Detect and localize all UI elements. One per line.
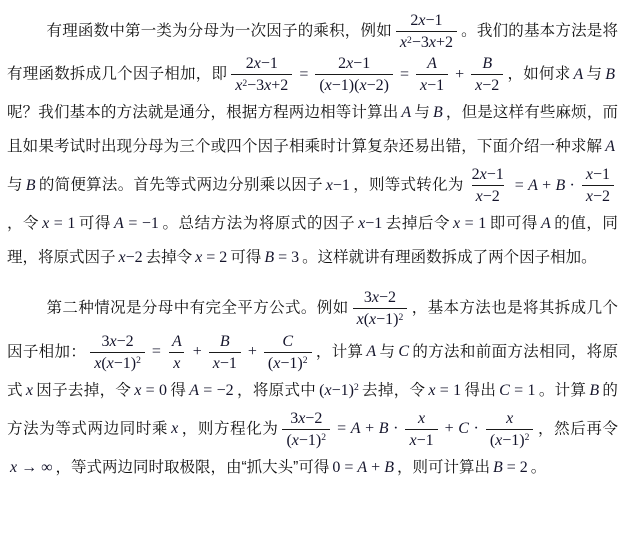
math-variable: x [213, 355, 220, 372]
math-operator: + [193, 343, 202, 360]
fraction-denominator: x2−3x+2 [396, 31, 457, 53]
math-variable: C [398, 343, 409, 360]
math-variable: x [372, 289, 379, 306]
math-variable: x [409, 432, 416, 449]
math-operator: −2 [482, 77, 499, 94]
math-variable: A [573, 66, 583, 83]
text-run: 与 [414, 104, 430, 121]
math-run: B [433, 104, 443, 121]
math-variable: B [379, 420, 389, 437]
fraction-numerator: 3x−2 [286, 408, 326, 429]
math-variable: B [384, 459, 394, 476]
math-run: A [541, 215, 551, 232]
fraction-denominator: x−1 [405, 429, 437, 451]
math-run: B [589, 382, 599, 399]
fraction: C(x−1)2 [264, 331, 312, 374]
math-variable: x [325, 77, 332, 94]
text-run: 。 [531, 459, 547, 476]
math-superscript: 2 [407, 35, 412, 46]
math-operator: = [337, 420, 351, 437]
fraction-numerator: x−1 [582, 164, 614, 185]
math-operator: −1 [261, 55, 278, 72]
text-run: ，则可计算出 [397, 459, 490, 476]
math-variable: x [359, 77, 366, 94]
math-run: + [193, 343, 202, 360]
math-run: + [455, 66, 464, 83]
math-variable: A [401, 104, 411, 121]
text-run: 与 [586, 66, 602, 83]
math-operator: −2 [483, 188, 500, 205]
math-run: A [366, 343, 376, 360]
math-variable: x [429, 34, 436, 51]
math-superscript: 2 [354, 382, 359, 393]
math-operator: = 1 [49, 215, 75, 232]
math-operator: −1 [220, 355, 237, 372]
math-operator: −1 [487, 166, 504, 183]
math-run: C = 1 [499, 382, 535, 399]
math-operator: −2 [379, 289, 396, 306]
math-operator: → ∞ [17, 459, 52, 476]
math-superscript: 2 [399, 312, 404, 323]
math-variable: x [326, 177, 333, 194]
text-run: 因子去掉，令 [36, 382, 131, 399]
fraction-numerator: 2x−1 [334, 53, 374, 74]
paragraph-2: 第二种情况是分母中有完全平方公式。例如3x−2x(x−1)2，基本方法也是将其拆… [7, 287, 618, 484]
fraction-denominator: (x−1)2 [264, 352, 312, 374]
fraction: x(x−1)2 [486, 408, 534, 451]
math-operator: −1) [299, 432, 321, 449]
math-run: A [573, 66, 583, 83]
fraction-denominator: x−2 [471, 74, 503, 96]
fraction-denominator: x(x−1)2 [90, 352, 145, 374]
fraction: 2x−1x−2 [468, 164, 508, 207]
math-operator: = 0 [141, 382, 167, 399]
math-variable: x [324, 382, 331, 399]
fraction: 2x−1x2−3x+2 [396, 10, 457, 53]
text-run: 。计算 [539, 382, 587, 399]
math-variable: x [109, 333, 116, 350]
fraction: 3x−2(x−1)2 [282, 408, 330, 451]
fraction-numerator: 3x−2 [360, 287, 400, 308]
fraction-denominator: (x−1)2 [282, 429, 330, 451]
math-operator: · [389, 420, 399, 437]
math-run: x = 2 [195, 249, 227, 266]
math-variable: B [220, 333, 230, 350]
math-operator: −1) [376, 311, 398, 328]
math-operator: = 1 [510, 382, 536, 399]
math-run: + C · [445, 420, 479, 437]
math-operator: = 2 [202, 249, 227, 266]
text-run: 呢？我们基本的方法就是通分，根据方程两边相等计算出 [7, 104, 398, 121]
math-run: x−1 [326, 177, 350, 194]
math-run: x = 0 [134, 382, 167, 399]
math-variable: x [254, 55, 261, 72]
math-variable: x [400, 34, 407, 51]
math-run: x [26, 382, 33, 399]
math-variable: B [589, 382, 599, 399]
math-variable: B [482, 55, 492, 72]
math-operator: −1) [280, 355, 302, 372]
fraction-denominator: x2−3x+2 [231, 74, 292, 96]
math-operator: = −1 [124, 215, 159, 232]
math-run: x [171, 420, 178, 437]
fraction-denominator: x−2 [582, 185, 614, 207]
math-operator: −2 [117, 333, 134, 350]
math-variable: x [292, 432, 299, 449]
text-run: 去掉后令 [385, 215, 450, 232]
fraction: Ax−1 [416, 53, 448, 96]
math-variable: C [499, 382, 510, 399]
math-run: = [152, 343, 161, 360]
fraction-numerator: A [168, 331, 186, 352]
math-variable: A [541, 215, 551, 232]
fraction-denominator: x−1 [209, 352, 241, 374]
text-run: ，然后再令 [537, 420, 618, 437]
fraction-denominator: x(x−1)2 [353, 308, 408, 330]
math-superscript: 2 [321, 432, 326, 443]
math-operator: = [152, 343, 161, 360]
fraction-denominator: x−2 [472, 185, 504, 207]
math-run: = A + B · [337, 420, 398, 437]
math-variable: A [172, 333, 182, 350]
math-variable: B [26, 177, 36, 194]
math-run: = [299, 66, 308, 83]
math-variable: A [605, 138, 615, 155]
fraction: xx−1 [405, 408, 437, 451]
fraction-denominator: x−1 [416, 74, 448, 96]
fraction-numerator: 3x−2 [97, 331, 137, 352]
math-operator: = 3 [274, 249, 299, 266]
math-variable: x [506, 410, 513, 427]
math-variable: B [264, 249, 274, 266]
text-run: 即可得 [489, 215, 538, 232]
math-operator: + [445, 420, 459, 437]
math-operator: + [367, 459, 384, 476]
math-operator: + [538, 177, 556, 194]
math-operator: = [400, 66, 409, 83]
text-run: 与 [379, 343, 395, 360]
fraction-denominator: (x−1)2 [486, 429, 534, 451]
math-operator: −1) [114, 355, 136, 372]
text-run: 的简便算法。首先等式两边分别乘以因子 [39, 177, 323, 194]
math-operator: = [299, 66, 308, 83]
fraction-numerator: 2x−1 [242, 53, 282, 74]
math-operator: + [248, 343, 257, 360]
math-operator: −1 [333, 177, 350, 194]
math-run: x−1 [358, 215, 382, 232]
math-run: = A + B · [515, 177, 575, 194]
text-run: ，计算 [316, 343, 364, 360]
math-run: x−2 [119, 249, 143, 266]
math-operator: −1 [427, 77, 444, 94]
math-operator: −1 [417, 432, 434, 449]
math-variable: C [458, 420, 469, 437]
text-run: 可得 [78, 215, 111, 232]
math-variable: x [420, 77, 427, 94]
math-run: x = 1 [42, 215, 75, 232]
text-run: ，令 [7, 215, 39, 232]
fraction: 3x−2x(x−1)2 [90, 331, 145, 374]
fraction-numerator: 2x−1 [468, 164, 508, 185]
math-operator: −3 [412, 34, 429, 51]
text-run: ，等式两边同时取极限，由“抓大头”可得 [56, 459, 330, 476]
math-operator: −1 [365, 215, 382, 232]
math-variable: x [173, 355, 180, 372]
math-variable: A [114, 215, 124, 232]
math-operator: + [360, 420, 378, 437]
math-operator: · [565, 177, 575, 194]
fraction-numerator: B [478, 53, 496, 74]
math-operator: 2 [246, 55, 254, 72]
math-run: (x−1)2 [319, 382, 359, 399]
text-run: 。总结方法为将原式的因子 [162, 215, 355, 232]
math-operator: −1 [425, 12, 442, 29]
math-run: = [400, 66, 409, 83]
math-operator: −1) [332, 382, 354, 399]
math-run: B [26, 177, 36, 194]
text-run: 可得 [230, 249, 261, 266]
text-run: ，将原式中 [237, 382, 316, 399]
math-run: B [605, 66, 615, 83]
math-variable: x [171, 420, 178, 437]
math-variable: x [26, 382, 33, 399]
math-operator: −3 [247, 77, 264, 94]
math-operator: −2 [126, 249, 143, 266]
text-run: 去掉令 [146, 249, 193, 266]
math-run: x = 1 [453, 215, 486, 232]
fraction-numerator: B [216, 331, 234, 352]
math-variable: B [493, 459, 503, 476]
math-operator: 0 = [332, 459, 357, 476]
math-operator: = −2 [199, 382, 234, 399]
math-variable: B [605, 66, 615, 83]
math-operator: 2 [472, 166, 480, 183]
document-page: 有理函数中第一类为分母为一次因子的乘积，例如2x−1x2−3x+2。我们的基本方… [0, 0, 626, 545]
math-operator: = 2 [503, 459, 528, 476]
math-variable: x [586, 188, 593, 205]
math-operator: −1) [502, 432, 524, 449]
math-superscript: 2 [242, 78, 247, 89]
math-run: C [398, 343, 409, 360]
text-run: 第二种情况是分母中有完全平方公式。例如 [47, 300, 349, 317]
math-operator: = [515, 177, 528, 194]
math-run: B = 3 [264, 249, 299, 266]
fraction-numerator: x [502, 408, 517, 429]
math-variable: x [586, 166, 593, 183]
math-run: A [401, 104, 411, 121]
math-operator: 3 [290, 410, 298, 427]
math-operator: −2) [367, 77, 389, 94]
math-variable: x [357, 311, 364, 328]
math-operator: 2 [338, 55, 346, 72]
math-run: 0 = A + B [332, 459, 394, 476]
math-variable: x [119, 249, 126, 266]
math-run: x → ∞ [10, 459, 53, 476]
math-operator: −1 [593, 166, 610, 183]
fraction-numerator: 2x−1 [406, 10, 446, 31]
fraction: x−1x−2 [582, 164, 614, 207]
fraction-numerator: C [278, 331, 297, 352]
math-variable: A [189, 382, 199, 399]
math-operator: +2 [436, 34, 453, 51]
text-run: 得 [170, 382, 186, 399]
text-run: ，如何求 [507, 66, 570, 83]
fraction: Ax [168, 331, 186, 374]
math-operator: + [455, 66, 464, 83]
fraction: 2x−1x2−3x+2 [231, 53, 292, 96]
math-run: x = 1 [428, 382, 461, 399]
text-run: 去掉，令 [362, 382, 426, 399]
math-operator: −1 [353, 55, 370, 72]
fraction-denominator: (x−1)(x−2) [315, 74, 393, 96]
paragraph-1: 有理函数中第一类为分母为一次因子的乘积，例如2x−1x2−3x+2。我们的基本方… [7, 10, 618, 275]
text-run: 得出 [464, 382, 496, 399]
math-variable: x [107, 355, 114, 372]
math-run: A [605, 138, 615, 155]
fraction: 2x−1(x−1)(x−2) [315, 53, 393, 96]
text-run: ，则等式转化为 [353, 177, 464, 194]
math-superscript: 2 [303, 355, 308, 366]
math-variable: A [528, 177, 538, 194]
text-run: ，则方程化为 [181, 420, 278, 437]
fraction-numerator: A [423, 53, 441, 74]
text-run: 与 [7, 177, 23, 194]
math-run: + [248, 343, 257, 360]
math-operator: −2 [305, 410, 322, 427]
math-variable: A [357, 459, 367, 476]
text-run: 有理函数中第一类为分母为一次因子的乘积，例如 [47, 23, 392, 40]
math-variable: B [433, 104, 443, 121]
fraction: 3x−2x(x−1)2 [353, 287, 408, 330]
math-variable: x [480, 166, 487, 183]
math-operator: −1)( [332, 77, 360, 94]
math-operator: +2 [271, 77, 288, 94]
math-run: A = −1 [114, 215, 159, 232]
math-variable: A [366, 343, 376, 360]
math-variable: x [418, 410, 425, 427]
math-variable: B [555, 177, 565, 194]
math-run: A = −2 [189, 382, 233, 399]
math-superscript: 2 [136, 355, 141, 366]
math-operator: −2 [593, 188, 610, 205]
fraction: Bx−2 [471, 53, 503, 96]
fraction: Bx−1 [209, 331, 241, 374]
math-variable: C [282, 333, 293, 350]
text-run: 。这样就讲有理函数拆成了两个因子相加。 [302, 249, 597, 266]
fraction-denominator: x [169, 352, 184, 374]
math-variable: A [427, 55, 437, 72]
math-operator: 3 [364, 289, 372, 306]
math-operator: = 1 [435, 382, 461, 399]
math-variable: x [476, 188, 483, 205]
math-run: B = 2 [493, 459, 528, 476]
math-superscript: 2 [525, 432, 530, 443]
fraction-numerator: x [414, 408, 429, 429]
math-operator: = 1 [460, 215, 486, 232]
math-operator: · [469, 420, 479, 437]
